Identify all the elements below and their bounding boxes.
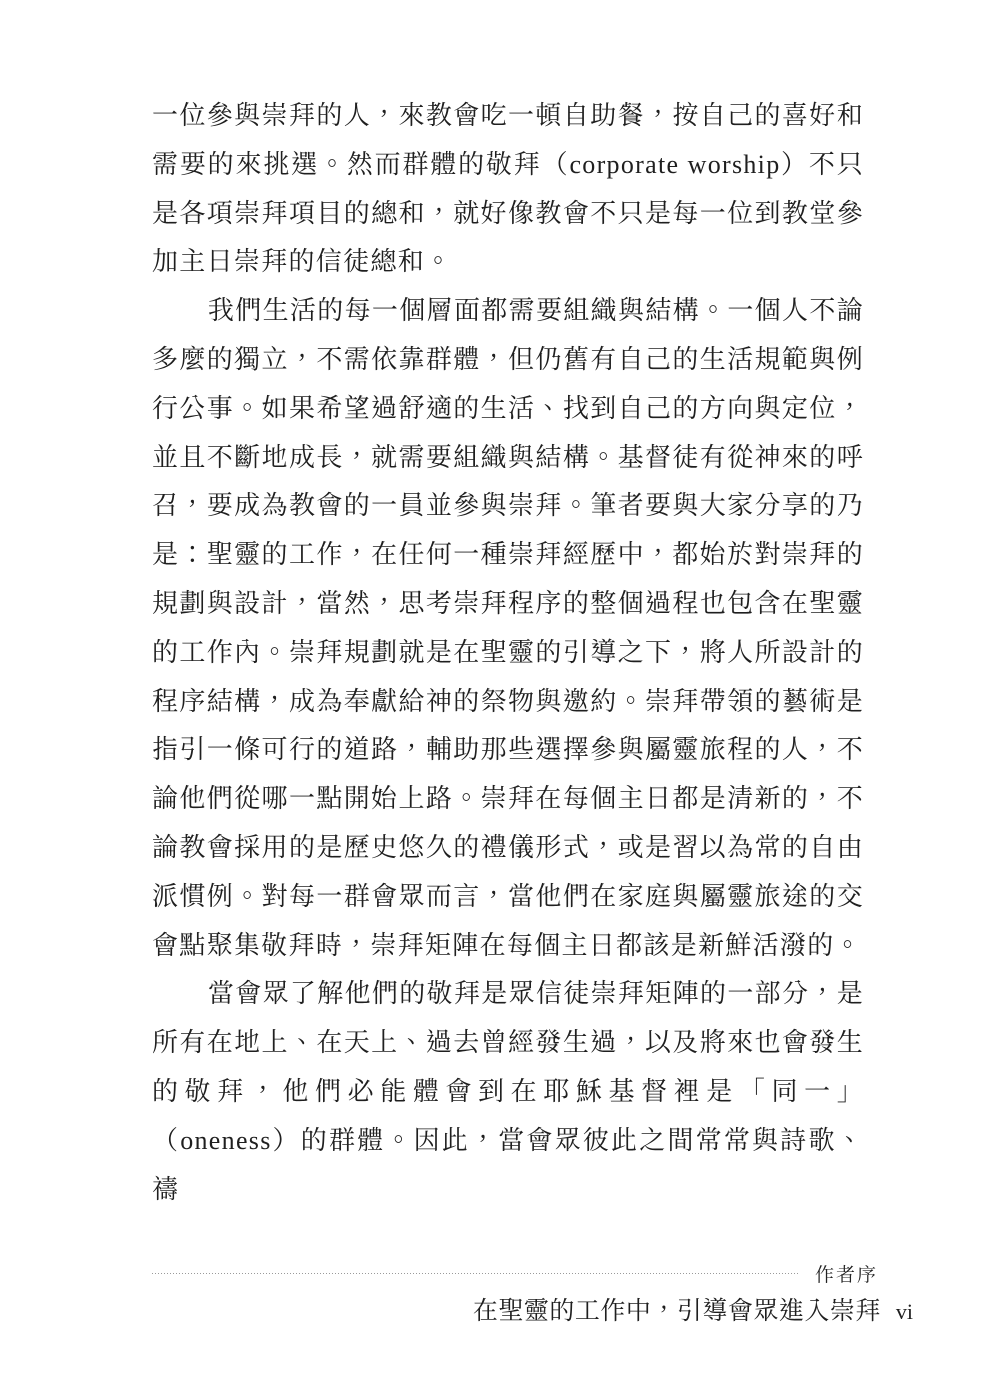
footer-section-label: 作者序 (815, 1260, 878, 1287)
page-number: vi (896, 1299, 913, 1325)
paragraph-3: 當會眾了解他們的敬拜是眾信徒崇拜矩陣的一部分，是所有在地上、在天上、過去曾經發生… (152, 970, 864, 1214)
footer-dotted-rule (152, 1272, 798, 1274)
footer-book-title: 在聖靈的工作中，引導會眾進入崇拜 (473, 1291, 881, 1327)
body-text: 一位參與崇拜的人，來教會吃一頓自助餐，按自己的喜好和需要的來挑選。然而群體的敬拜… (152, 92, 864, 1214)
footer-rule-row: 作者序 (152, 1260, 913, 1286)
paragraph-2: 我們生活的每一個層面都需要組織與結構。一個人不論多麼的獨立，不需依靠群體，但仍舊… (152, 287, 864, 970)
paragraph-continuation: 一位參與崇拜的人，來教會吃一頓自助餐，按自己的喜好和需要的來挑選。然而群體的敬拜… (152, 92, 864, 287)
page-footer: 作者序 在聖靈的工作中，引導會眾進入崇拜 vi (152, 1260, 913, 1327)
book-page: 一位參與崇拜的人，來教會吃一頓自助餐，按自己的喜好和需要的來挑選。然而群體的敬拜… (0, 0, 1000, 1376)
footer-title-row: 在聖靈的工作中，引導會眾進入崇拜 vi (152, 1291, 913, 1327)
